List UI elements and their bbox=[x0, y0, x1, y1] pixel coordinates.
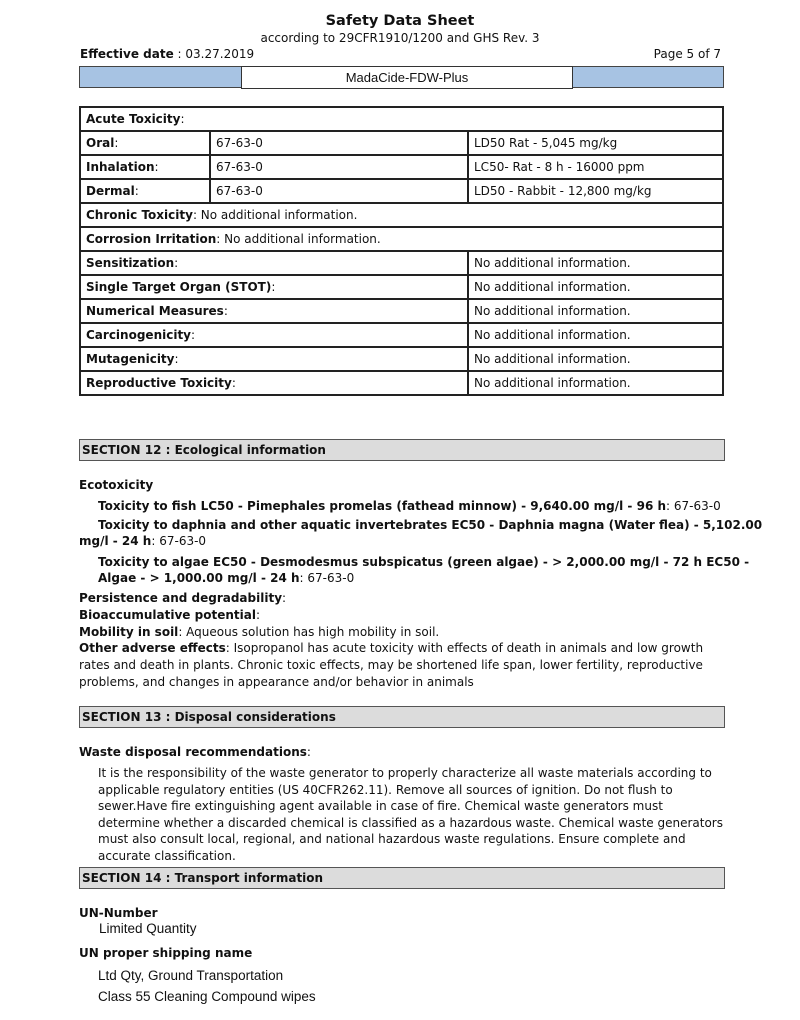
section-12-header: SECTION 12 : Ecological information bbox=[79, 439, 725, 461]
shipping-name-label: UN proper shipping name bbox=[79, 946, 252, 960]
product-bar: MadaCide-FDW-Plus bbox=[79, 66, 724, 88]
shipping-name-line: Ltd Qty, Ground Transportation bbox=[98, 968, 283, 983]
table-row: Acute Toxicity: bbox=[80, 107, 723, 131]
daphnia-toxicity-line1: Toxicity to daphnia and other aquatic in… bbox=[98, 518, 762, 532]
ecotoxicity-heading: Ecotoxicity bbox=[79, 478, 153, 492]
table-row: Mutagenicity:No additional information. bbox=[80, 347, 723, 371]
section-14-header: SECTION 14 : Transport information bbox=[79, 867, 725, 889]
waste-disposal-text: It is the responsibility of the waste ge… bbox=[98, 765, 728, 864]
effective-date: Effective date : 03.27.2019 bbox=[80, 47, 254, 61]
bioaccumulative: Bioaccumulative potential: bbox=[79, 608, 260, 622]
table-row: Numerical Measures:No additional informa… bbox=[80, 299, 723, 323]
algae-toxicity-line2: Algae - > 1,000.00 mg/l - 24 h: 67-63-0 bbox=[98, 571, 354, 585]
un-number-value: Limited Quantity bbox=[99, 921, 197, 936]
shipping-name-line: Class 55 Cleaning Compound wipes bbox=[98, 989, 316, 1004]
table-row: Corrosion Irritation: No additional info… bbox=[80, 227, 723, 251]
waste-disposal-heading: Waste disposal recommendations: bbox=[79, 745, 311, 759]
table-row: Oral: 67-63-0 LD50 Rat - 5,045 mg/kg bbox=[80, 131, 723, 155]
effective-date-value: : 03.27.2019 bbox=[174, 47, 254, 61]
table-row: Reproductive Toxicity:No additional info… bbox=[80, 371, 723, 395]
algae-toxicity-line1: Toxicity to algae EC50 - Desmodesmus sub… bbox=[98, 555, 749, 569]
table-row: Single Target Organ (STOT):No additional… bbox=[80, 275, 723, 299]
other-adverse-effects: Other adverse effects: Isopropanol has a… bbox=[79, 640, 729, 691]
page-number: Page 5 of 7 bbox=[654, 47, 721, 61]
document-title: Safety Data Sheet bbox=[0, 13, 800, 29]
persistence: Persistence and degradability: bbox=[79, 591, 286, 605]
table-row: Carcinogenicity:No additional informatio… bbox=[80, 323, 723, 347]
section-13-header: SECTION 13 : Disposal considerations bbox=[79, 706, 725, 728]
daphnia-toxicity-line2: mg/l - 24 h: 67-63-0 bbox=[79, 534, 206, 548]
acute-toxicity-header: Acute Toxicity: bbox=[80, 107, 723, 131]
table-row: Inhalation: 67-63-0 LC50- Rat - 8 h - 16… bbox=[80, 155, 723, 179]
table-row: Dermal: 67-63-0 LD50 - Rabbit - 12,800 m… bbox=[80, 179, 723, 203]
effective-date-label: Effective date bbox=[80, 47, 174, 61]
fish-toxicity: Toxicity to fish LC50 - Pimephales prome… bbox=[98, 499, 721, 513]
document-subtitle: according to 29CFR1910/1200 and GHS Rev.… bbox=[0, 31, 800, 45]
un-number-label: UN-Number bbox=[79, 906, 158, 920]
table-row: Sensitization:No additional information. bbox=[80, 251, 723, 275]
product-name: MadaCide-FDW-Plus bbox=[241, 66, 573, 89]
mobility-in-soil: Mobility in soil: Aqueous solution has h… bbox=[79, 625, 439, 639]
toxicity-table: Acute Toxicity: Oral: 67-63-0 LD50 Rat -… bbox=[79, 106, 724, 396]
table-row: Chronic Toxicity: No additional informat… bbox=[80, 203, 723, 227]
